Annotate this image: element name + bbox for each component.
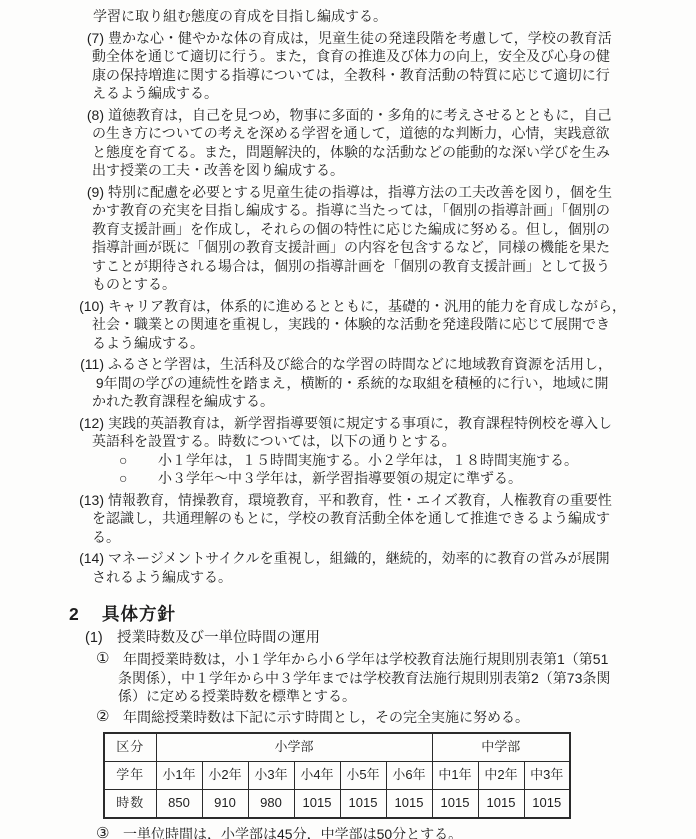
table-cell-grade: 小5年 xyxy=(340,762,386,790)
clause-9: (9)特別に配慮を必要とする児童生徒の指導は，指導方法の工夫改善を図り，個を生 … xyxy=(0,183,696,294)
clause-12-bullet-2: ○小３学年～中３学年は，新学習指導要領の規定に準ずる。 xyxy=(0,469,696,488)
table-row-division: 区分 小学部 中学部 xyxy=(104,733,570,762)
subsection-1-title: 授業時数及び一単位時間の運用 xyxy=(117,630,320,646)
clause-14-text: マネージメントサイクルを重視し，組織的，継続的，効率的に教育の営みが展開 される… xyxy=(92,550,610,585)
section-2-title: 具体方針 xyxy=(102,604,176,624)
clause-13-text: 情報教育，情操教育，環境教育，平和教育，性・エイズ教育，人権教育の重要性 を認識… xyxy=(92,492,612,545)
subsection-1-number: (1) xyxy=(85,628,103,648)
table-row-grades: 学年 小1年 小2年 小3年 小4年 小5年 小6年 中1年 中2年 中3年 xyxy=(104,762,570,790)
circle-bullet-icon: ○ xyxy=(119,469,127,488)
table-cell-hours: 1015 xyxy=(386,790,432,819)
clause-12-text: 実践的英語教育は，新学習指導要領に規定する事項に，教育課程特例校を導入し 英語科… xyxy=(92,415,612,450)
section-2-heading: 2具体方針 xyxy=(0,603,696,625)
step-2: ②年間総授業時数は下記に示す時間とし，その完全実施に努める。 xyxy=(0,708,696,727)
table-cell-grade: 中3年 xyxy=(524,762,570,790)
clause-11: (11)ふるさと学習は，生活科及び総合的な学習の時間などに地域教育資源を活用し，… xyxy=(0,355,696,411)
clause-14: (14)マネージメントサイクルを重視し，組織的，継続的，効率的に教育の営みが展開… xyxy=(0,549,696,586)
step-1: ①年間授業時数は，小１学年から小６学年は学校教育法施行規則別表第1（第51 条関… xyxy=(0,650,696,706)
step-1-text: 年間授業時数は，小１学年から小６学年は学校教育法施行規則別表第1（第51 条関係… xyxy=(118,651,610,704)
step-2-text: 年間総授業時数は下記に示す時間とし，その完全実施に努める。 xyxy=(123,709,529,725)
table-cell-hours: 1015 xyxy=(294,790,340,819)
table-cell-grade-label: 学年 xyxy=(104,762,156,790)
clause-12-bullet-2-text: 小３学年～中３学年は，新学習指導要領の規定に準ずる。 xyxy=(158,470,522,486)
intro-continuation-line: 学習に取り組む態度の育成を目指し編成する。 xyxy=(0,7,696,26)
clause-13: (13)情報教育，情操教育，環境教育，平和教育，性・エイズ教育，人権教育の重要性… xyxy=(0,491,696,547)
table-cell-grade: 小2年 xyxy=(202,762,248,790)
table-row-hours: 時数 850 910 980 1015 1015 1015 1015 1015 … xyxy=(104,790,570,819)
step-3: ③一単位時間は，小学部は45分，中学部は50分とする。 xyxy=(0,825,696,839)
clause-14-number: (14) xyxy=(60,549,104,568)
table-cell-hours: 850 xyxy=(156,790,202,819)
circled-3-icon: ③ xyxy=(96,825,109,839)
clause-7-text: 豊かな心・健やかな体の育成は，児童生徒の発達段階を考慮して，学校の教育活 動全体… xyxy=(92,30,612,102)
table-cell-junior-high: 中学部 xyxy=(432,733,570,762)
circled-2-icon: ② xyxy=(96,708,109,727)
table-cell-elementary: 小学部 xyxy=(156,733,432,762)
clause-12: (12)実践的英語教育は，新学習指導要領に規定する事項に，教育課程特例校を導入し… xyxy=(0,414,696,451)
table-cell-grade: 小1年 xyxy=(156,762,202,790)
clause-12-bullet-1: ○小１学年は，１５時間実施する。小２学年は，１８時間実施する。 xyxy=(0,451,696,470)
document-page: 学習に取り組む態度の育成を目指し編成する。 (7)豊かな心・健やかな体の育成は，… xyxy=(0,0,696,839)
table-cell-hours: 980 xyxy=(248,790,294,819)
clause-8: (8)道徳教育は，自己を見つめ，物事に多面的・多角的に考えさせるとともに，自己 … xyxy=(0,106,696,180)
clause-11-number: (11) xyxy=(60,355,104,374)
clause-8-number: (8) xyxy=(60,106,104,125)
table-cell-grade: 中1年 xyxy=(432,762,478,790)
table-cell-hours: 1015 xyxy=(340,790,386,819)
clause-9-text: 特別に配慮を必要とする児童生徒の指導は，指導方法の工夫改善を図り，個を生 かす教… xyxy=(92,184,612,293)
circle-bullet-icon: ○ xyxy=(119,451,127,470)
clause-7-number: (7) xyxy=(60,29,104,48)
hours-table: 区分 小学部 中学部 学年 小1年 小2年 小3年 小4年 小5年 小6年 中1… xyxy=(103,732,571,819)
clause-8-text: 道徳教育は，自己を見つめ，物事に多面的・多角的に考えさせるとともに，自己 の生き… xyxy=(92,107,611,179)
table-cell-grade: 中2年 xyxy=(478,762,524,790)
subsection-1-heading: (1)授業時数及び一単位時間の運用 xyxy=(0,628,696,648)
table-cell-hours: 1015 xyxy=(478,790,524,819)
table-cell-division-label: 区分 xyxy=(104,733,156,762)
circled-1-icon: ① xyxy=(96,650,109,669)
clause-13-number: (13) xyxy=(60,491,104,510)
clause-12-bullet-1-text: 小１学年は，１５時間実施する。小２学年は，１８時間実施する。 xyxy=(158,452,578,468)
clause-10-number: (10) xyxy=(60,297,104,316)
clause-11-text: ふるさと学習は，生活科及び総合的な学習の時間などに地域教育資源を活用し， 9年間… xyxy=(92,356,612,409)
section-2-number: 2 xyxy=(69,603,80,625)
clause-9-number: (9) xyxy=(60,183,104,202)
clause-10: (10)キャリア教育は，体系的に進めるとともに，基礎的・汎用的能力を育成しながら… xyxy=(0,297,696,353)
table-cell-hours-label: 時数 xyxy=(104,790,156,819)
clause-12-number: (12) xyxy=(60,414,104,433)
table-cell-grade: 小6年 xyxy=(386,762,432,790)
table-cell-grade: 小4年 xyxy=(294,762,340,790)
table-cell-hours: 1015 xyxy=(432,790,478,819)
clause-10-text: キャリア教育は，体系的に進めるとともに，基礎的・汎用的能力を育成しながら， 社会… xyxy=(92,298,626,351)
clause-7: (7)豊かな心・健やかな体の育成は，児童生徒の発達段階を考慮して，学校の教育活 … xyxy=(0,29,696,103)
table-cell-hours: 1015 xyxy=(524,790,570,819)
table-cell-grade: 小3年 xyxy=(248,762,294,790)
step-3-text: 一単位時間は，小学部は45分，中学部は50分とする。 xyxy=(123,826,462,839)
table-cell-hours: 910 xyxy=(202,790,248,819)
